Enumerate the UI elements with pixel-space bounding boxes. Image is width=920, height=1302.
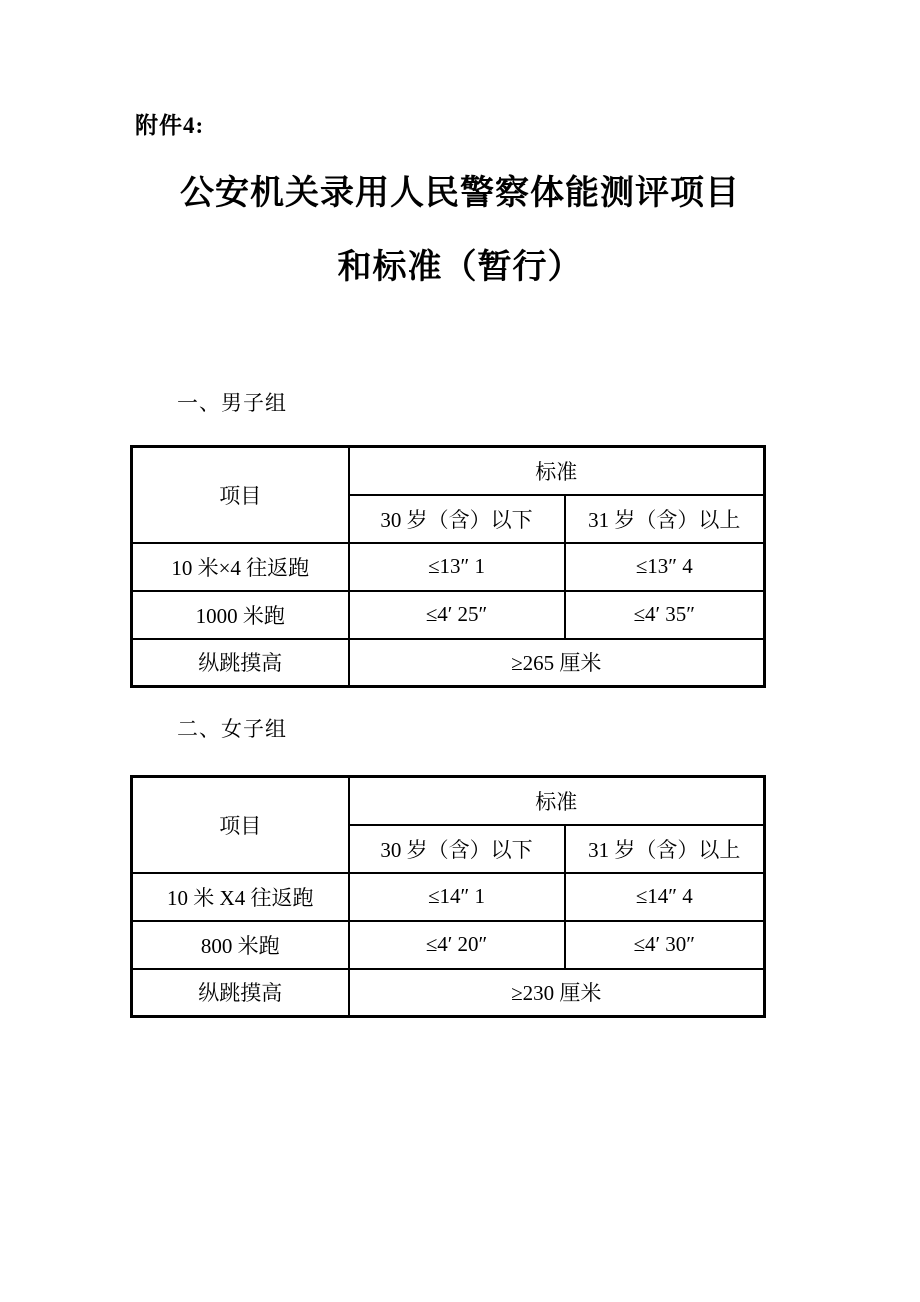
women-header-cell-age-over-31: 31 岁（含）以上 <box>565 825 765 873</box>
title-line-2: 和标准（暂行） <box>0 231 920 305</box>
men-1000m-run-under-30: ≤4′ 25″ <box>349 591 565 639</box>
women-vertical-jump-value: ≥230 厘米 <box>349 969 765 1017</box>
document-title: 公安机关录用人民警察体能测评项目 和标准（暂行） <box>0 157 920 305</box>
section-heading-women: 二、女子组 <box>177 713 287 743</box>
men-shuttle-run-over-31: ≤13″ 4 <box>565 543 765 591</box>
men-vertical-jump-label: 纵跳摸高 <box>132 639 349 687</box>
section-heading-men: 一、男子组 <box>177 387 287 417</box>
men-shuttle-run-label: 10 米×4 往返跑 <box>132 543 349 591</box>
table-row: 10 米 X4 往返跑 ≤14″ 1 ≤14″ 4 <box>132 873 765 921</box>
women-header-row: 项目 标准 <box>132 777 765 825</box>
document-page: 附件4: 公安机关录用人民警察体能测评项目 和标准（暂行） 一、男子组 项目 标… <box>0 0 920 1302</box>
women-800m-run-over-31: ≤4′ 30″ <box>565 921 765 969</box>
women-shuttle-run-under-30: ≤14″ 1 <box>349 873 565 921</box>
women-standards-table: 项目 标准 30 岁（含）以下 31 岁（含）以上 10 米 X4 往返跑 ≤1… <box>130 775 766 1018</box>
women-header-cell-age-under-30: 30 岁（含）以下 <box>349 825 565 873</box>
men-vertical-jump-value: ≥265 厘米 <box>349 639 765 687</box>
men-shuttle-run-under-30: ≤13″ 1 <box>349 543 565 591</box>
table-row: 10 米×4 往返跑 ≤13″ 1 ≤13″ 4 <box>132 543 765 591</box>
men-1000m-run-label: 1000 米跑 <box>132 591 349 639</box>
men-header-row: 项目 标准 <box>132 447 765 495</box>
men-header-cell-age-under-30: 30 岁（含）以下 <box>349 495 565 543</box>
men-header-cell-standard: 标准 <box>349 447 765 495</box>
women-vertical-jump-label: 纵跳摸高 <box>132 969 349 1017</box>
table-row: 800 米跑 ≤4′ 20″ ≤4′ 30″ <box>132 921 765 969</box>
men-standards-table: 项目 标准 30 岁（含）以下 31 岁（含）以上 10 米×4 往返跑 ≤13… <box>130 445 766 688</box>
men-header-cell-item: 项目 <box>132 447 349 543</box>
women-header-cell-standard: 标准 <box>349 777 765 825</box>
title-line-1: 公安机关录用人民警察体能测评项目 <box>0 157 920 231</box>
table-row: 纵跳摸高 ≥230 厘米 <box>132 969 765 1017</box>
men-1000m-run-over-31: ≤4′ 35″ <box>565 591 765 639</box>
table-row: 1000 米跑 ≤4′ 25″ ≤4′ 35″ <box>132 591 765 639</box>
women-shuttle-run-over-31: ≤14″ 4 <box>565 873 765 921</box>
table-row: 纵跳摸高 ≥265 厘米 <box>132 639 765 687</box>
men-header-cell-age-over-31: 31 岁（含）以上 <box>565 495 765 543</box>
women-shuttle-run-label: 10 米 X4 往返跑 <box>132 873 349 921</box>
women-header-cell-item: 项目 <box>132 777 349 873</box>
women-800m-run-label: 800 米跑 <box>132 921 349 969</box>
attachment-label: 附件4: <box>135 107 204 140</box>
women-800m-run-under-30: ≤4′ 20″ <box>349 921 565 969</box>
